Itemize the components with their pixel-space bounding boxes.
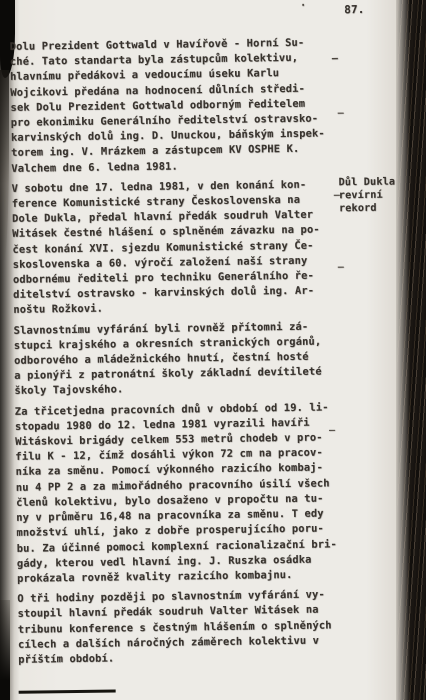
paragraph: Za třicetjedna pracovních dnů v období o… (15, 400, 348, 587)
scan-artifact: – (332, 53, 338, 64)
margin-note-line: Důl Dukla (338, 176, 395, 190)
margin-note-line: rekord (339, 201, 396, 215)
page-content-layer: 87. Dolu Prezident Gottwald v Havířově -… (0, 0, 426, 700)
scan-artifact: _ (337, 103, 343, 114)
paragraph: O tři hodiny později po slavnostním vyfá… (17, 587, 348, 668)
paragraph: Slavnostnímu vyfárání byli rovněž přítom… (14, 319, 345, 400)
scan-artifact: _ (334, 185, 340, 196)
paragraph: Dolu Prezident Gottwald v Havířově - Hor… (10, 35, 342, 176)
bottom-rule-mark (19, 689, 116, 693)
page-number: 87. (344, 3, 365, 16)
scan-artifact: _ (329, 420, 335, 431)
text-line: příštím období. (18, 648, 348, 668)
scan-artifact: _ (338, 257, 344, 268)
text-line: školy Tajovského. (14, 380, 344, 400)
margin-note: Důl Dukla revírní rekord (338, 176, 395, 216)
scanned-document-page: { "page": { "number": "87.", "margin_not… (0, 0, 426, 700)
document-body: Dolu Prezident Gottwald v Havířově - Hor… (10, 35, 349, 673)
paragraph: V sobotu dne 17. ledna 1981, v den konán… (12, 177, 344, 318)
margin-note-line: revírní (339, 189, 396, 203)
text-line: noštu Rožkovi. (13, 299, 343, 319)
scan-artifact: . (300, 0, 306, 9)
